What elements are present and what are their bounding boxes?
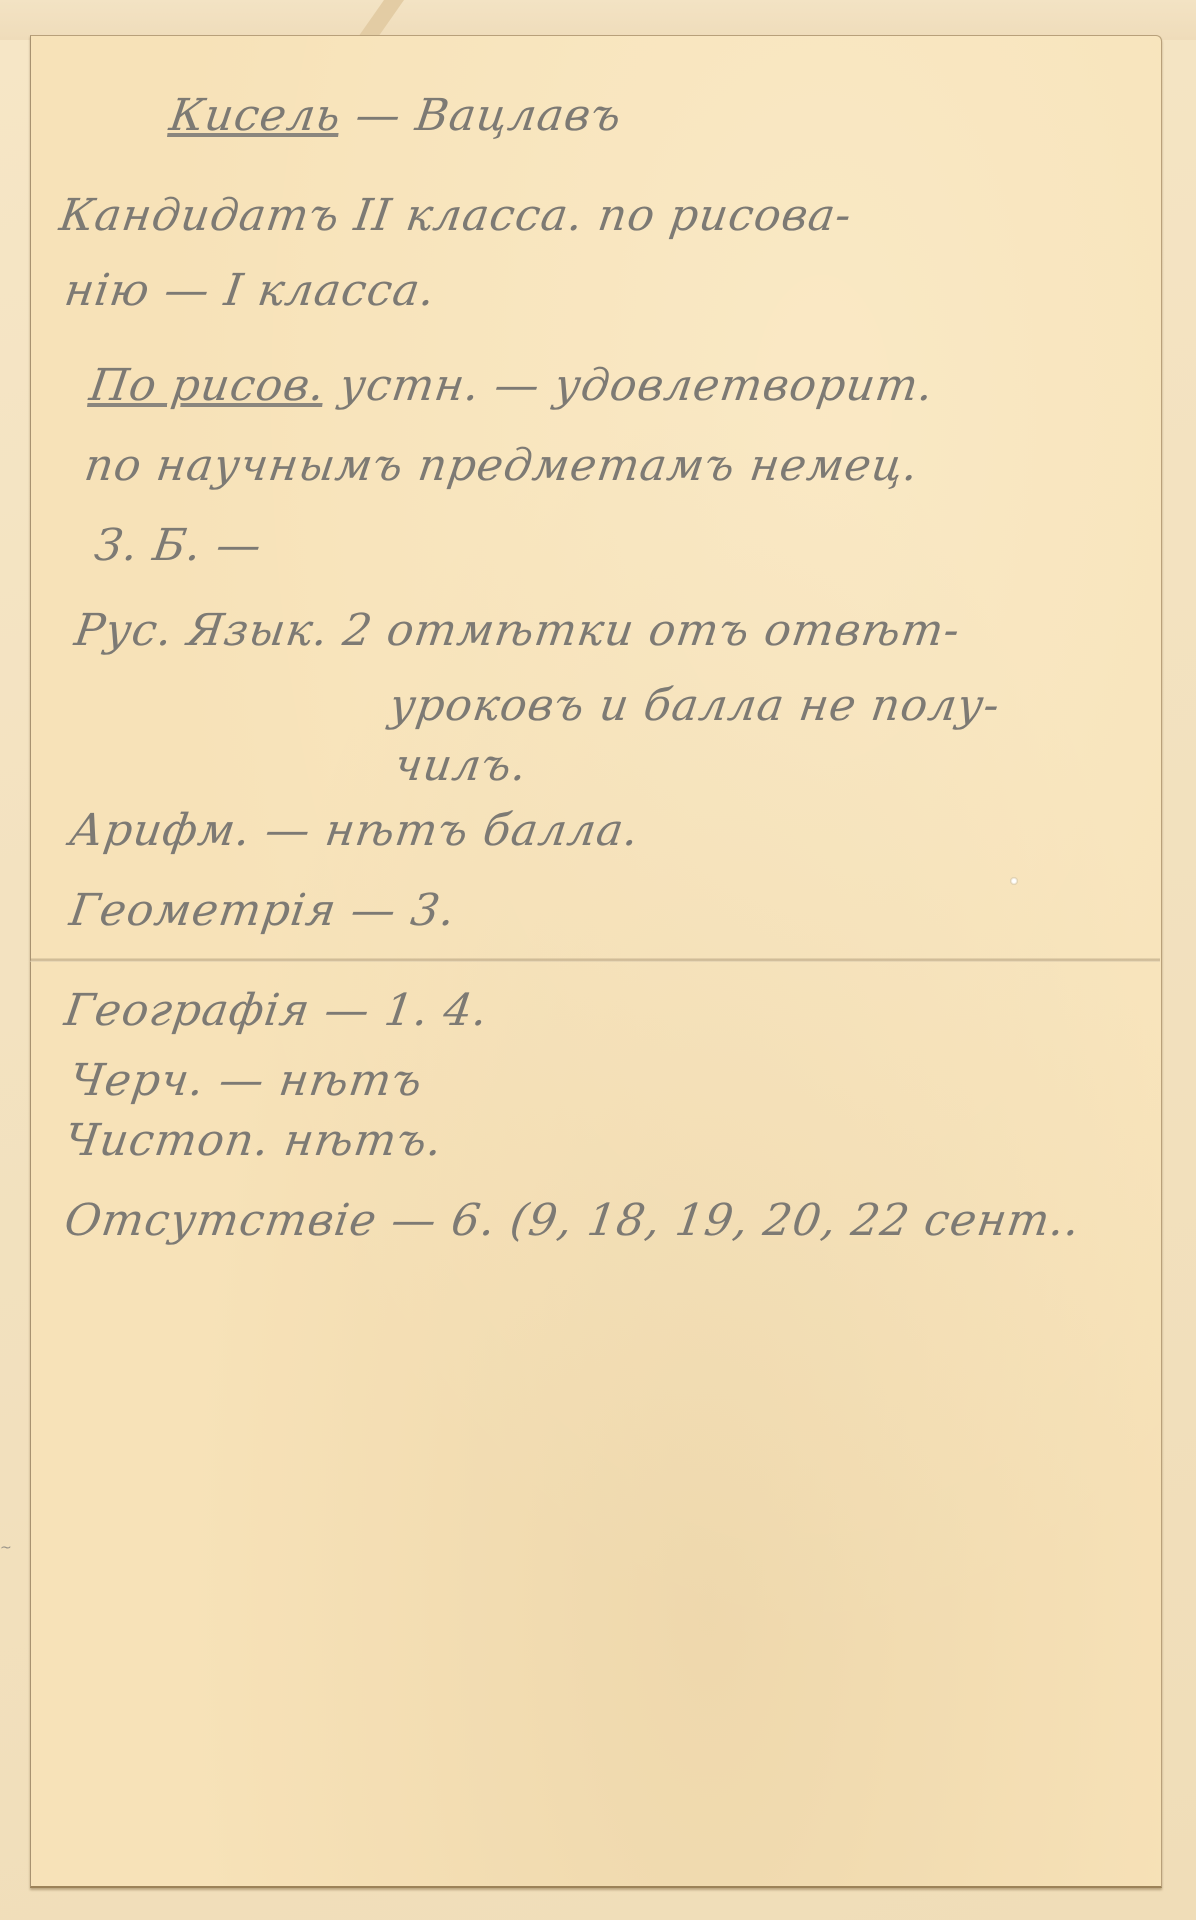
margin-scrawl: ~ bbox=[0, 1540, 20, 1570]
surname: Кисель bbox=[166, 90, 344, 141]
drawing-grade: устн. — удовлетворит. bbox=[322, 360, 938, 411]
backing-sheet bbox=[0, 0, 1196, 40]
handwritten-line-6: З. Б. — bbox=[91, 520, 265, 571]
penmanship-line: Чистоп. нѣтъ. bbox=[61, 1115, 446, 1166]
drawing-label: По рисов. bbox=[86, 360, 328, 411]
paper-fold-crease bbox=[30, 958, 1160, 962]
geography-line: Географія — 1. 4. bbox=[61, 985, 491, 1036]
russian-language-line-cont: уроковъ и балла не полу- bbox=[386, 680, 1003, 731]
drawing-grade-line: По рисов. устн. — удовлетворит. bbox=[86, 360, 937, 411]
russian-language-line: Рус. Язык. 2 отмѣтки отъ отвѣт- bbox=[71, 605, 963, 656]
geometry-line: Геометрія — 3. bbox=[66, 885, 458, 936]
handwritten-line-3: нію — I класса. bbox=[61, 265, 438, 316]
given-name: — Вацлавъ bbox=[337, 90, 625, 141]
handwritten-line-2: Кандидатъ II класса. по рисова- bbox=[56, 190, 855, 241]
handwritten-line-5: по научнымъ предметамъ немец. bbox=[81, 440, 922, 491]
russian-language-line-end: чилъ. bbox=[391, 740, 530, 791]
arithmetic-line: Арифм. — нѣтъ балла. bbox=[66, 805, 642, 856]
absence-line: Отсутствіе — 6. (9, 18, 19, 20, 22 сент.… bbox=[61, 1195, 1083, 1246]
paper-hole bbox=[1010, 877, 1018, 885]
student-name-line: Кисель — Вацлавъ bbox=[166, 90, 625, 141]
drafting-line: Черч. — нѣтъ bbox=[66, 1055, 426, 1106]
